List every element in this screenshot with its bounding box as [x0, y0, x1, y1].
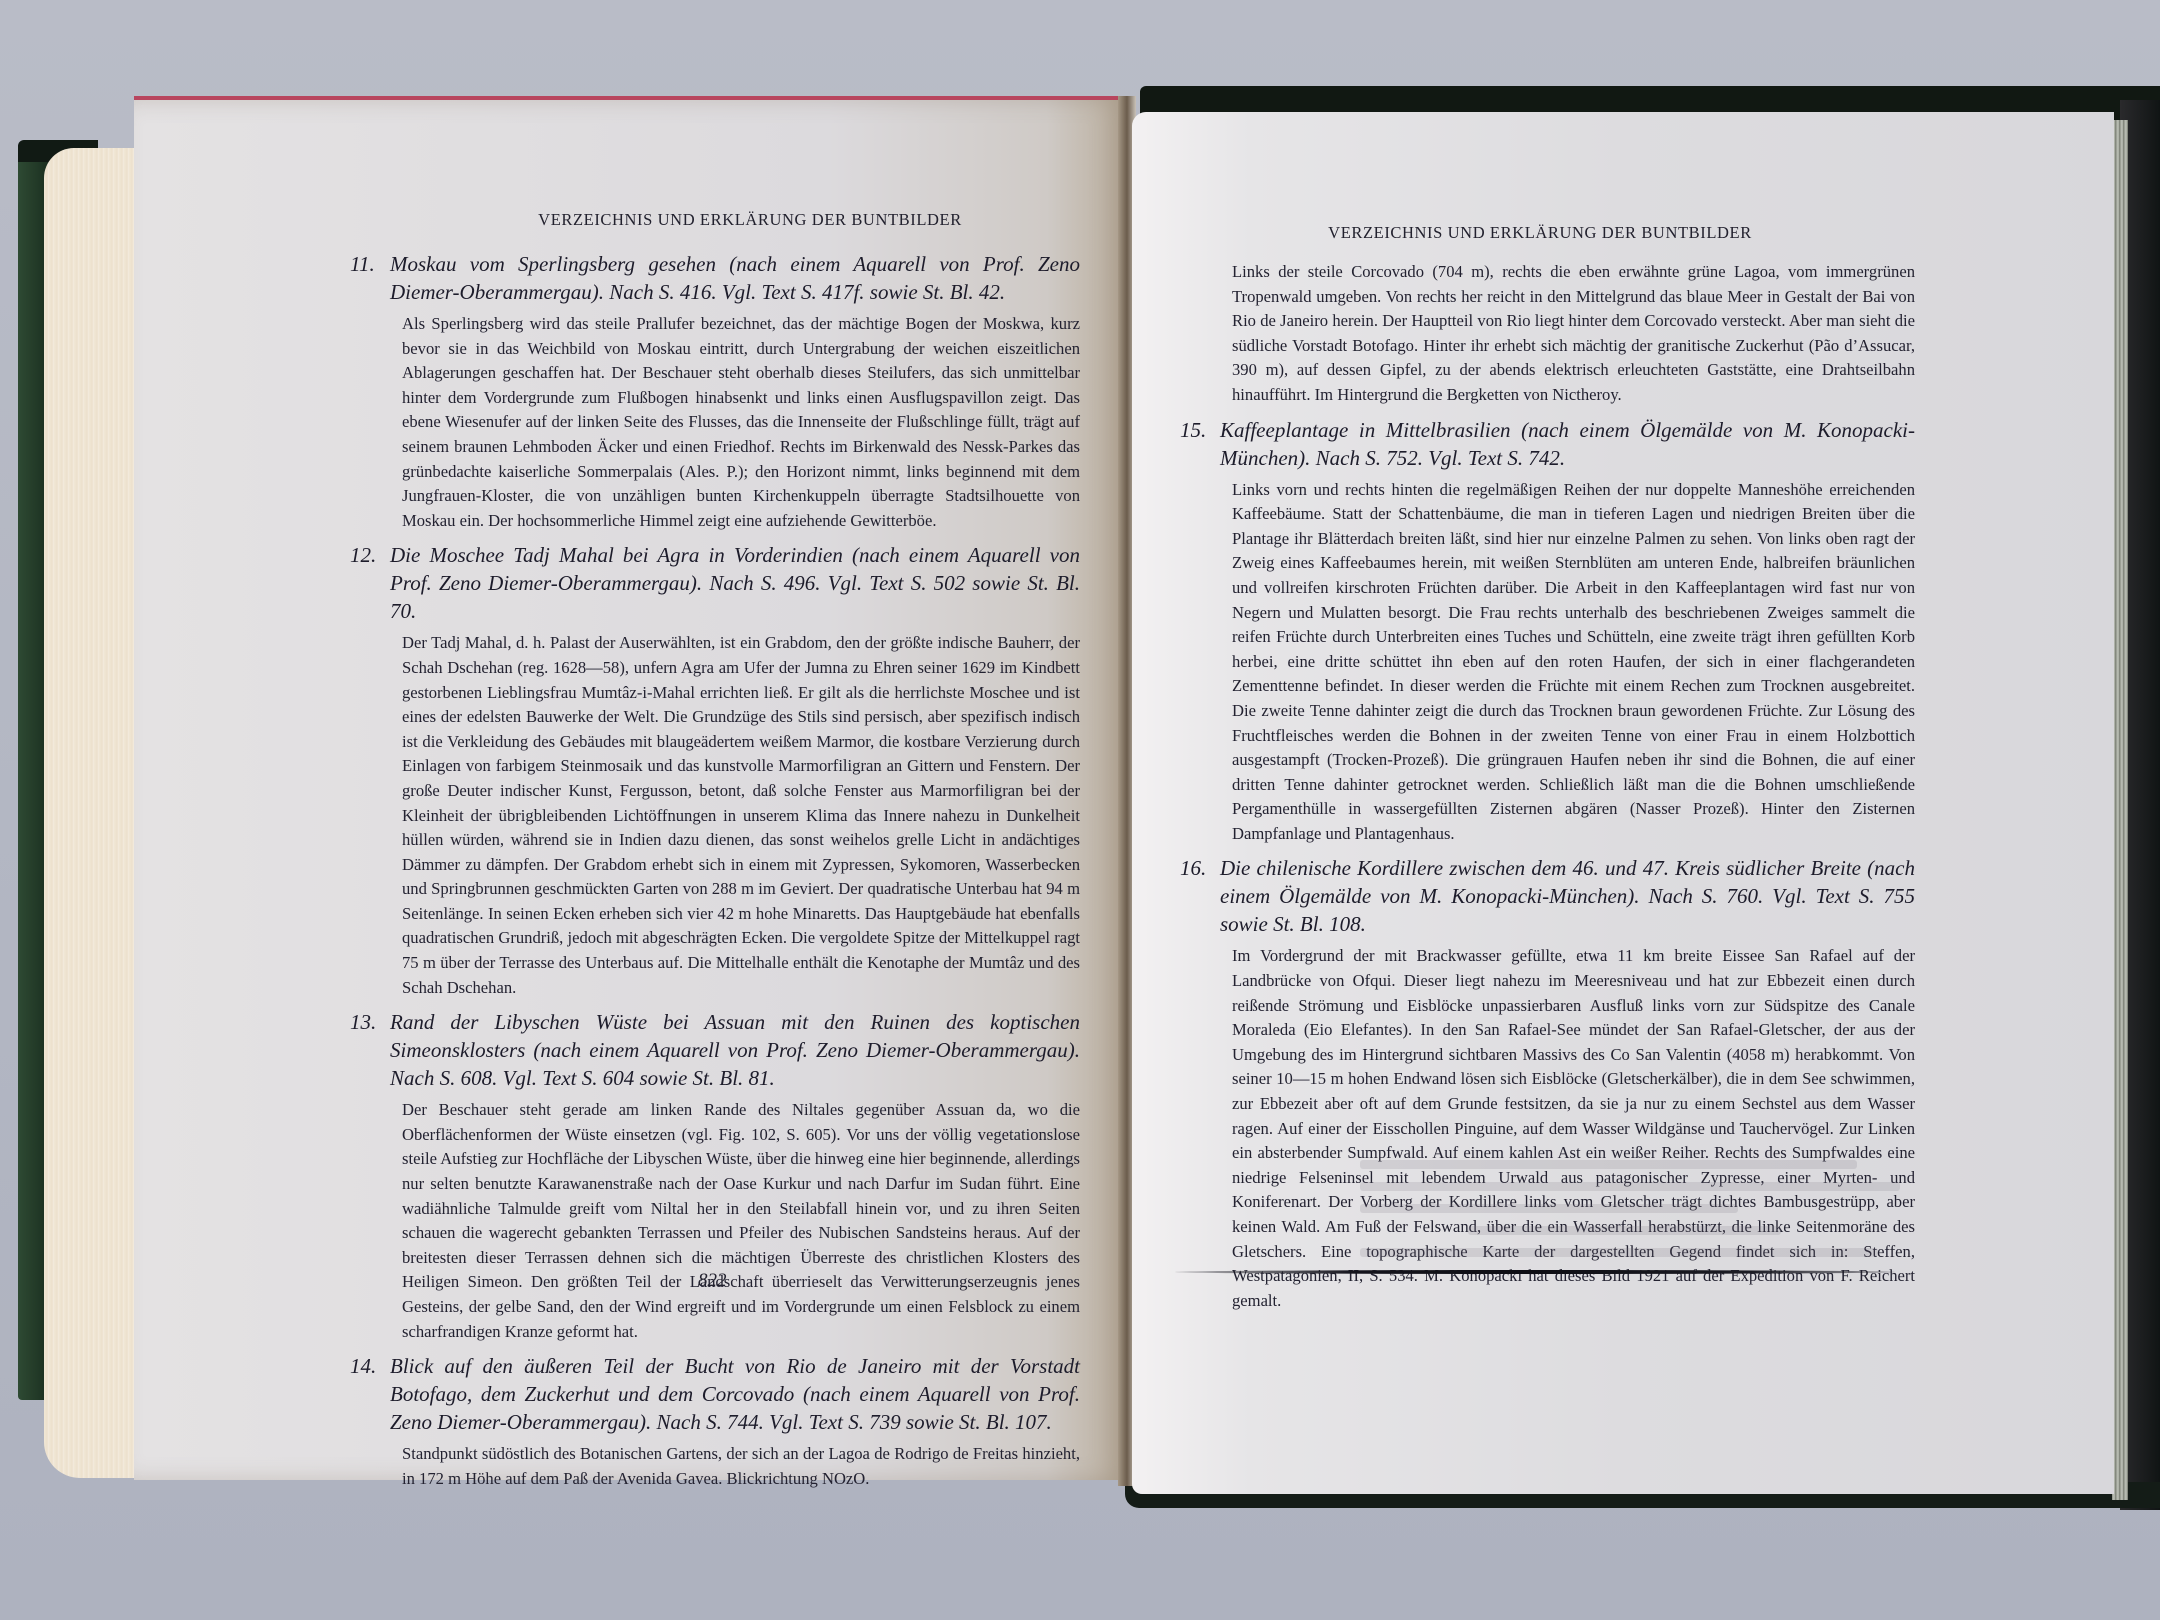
plate-title: 15.Kaffeeplantage in Mittelbrasilien (na… — [1180, 416, 1915, 472]
plate-description: Der Tadj Mahal, d. h. Palast der Auserwä… — [402, 631, 1080, 1000]
plate-number: 14. — [350, 1352, 390, 1380]
plate-title: 11.Moskau vom Sperlingsberg gesehen (nac… — [350, 250, 1080, 306]
plate-entry-14: 14.Blick auf den äußeren Teil der Bucht … — [350, 1352, 1080, 1491]
running-head-left: VERZEICHNIS UND ERKLÄRUNG DER BUNTBILDER — [470, 210, 1030, 230]
plate-number: 16. — [1180, 854, 1220, 882]
page-number: 822 — [698, 1270, 727, 1292]
left-page-column: 11.Moskau vom Sperlingsberg gesehen (nac… — [350, 250, 1080, 1499]
plate-number: 12. — [350, 541, 390, 569]
plate-description: Standpunkt südöstlich des Botanischen Ga… — [402, 1442, 1080, 1491]
page-edges-left — [44, 148, 144, 1478]
page-edges-right — [2112, 120, 2128, 1500]
plate-title: 12.Die Moschee Tadj Mahal bei Agra in Vo… — [350, 541, 1080, 625]
plate-title: 16.Die chilenische Kordillere zwischen d… — [1180, 854, 1915, 938]
plate-description: Als Sperlingsberg wird das steile Prallu… — [402, 312, 1080, 533]
plate-title: 13.Rand der Libyschen Wüste bei Assuan m… — [350, 1008, 1080, 1092]
plate-description-continued: Links der steile Corcovado (704 m), rech… — [1232, 260, 1915, 408]
plate-description: Links vorn und rechts hinten die regelmä… — [1232, 478, 1915, 847]
plate-number: 11. — [350, 250, 390, 278]
plate-entry-11: 11.Moskau vom Sperlingsberg gesehen (nac… — [350, 250, 1080, 533]
plate-number: 15. — [1180, 416, 1220, 444]
plate-entry-12: 12.Die Moschee Tadj Mahal bei Agra in Vo… — [350, 541, 1080, 1000]
plate-number: 13. — [350, 1008, 390, 1036]
end-rule — [1175, 1270, 1895, 1274]
plate-entry-15: 15.Kaffeeplantage in Mittelbrasilien (na… — [1180, 416, 1915, 847]
plate-description: Der Beschauer steht gerade am linken Ran… — [402, 1098, 1080, 1344]
plate-title: 14.Blick auf den äußeren Teil der Bucht … — [350, 1352, 1080, 1436]
plate-entry-13: 13.Rand der Libyschen Wüste bei Assuan m… — [350, 1008, 1080, 1344]
running-head-right: VERZEICHNIS UND ERKLÄRUNG DER BUNTBILDER — [1280, 223, 1800, 243]
reverse-side-show-through — [1360, 1160, 1900, 1270]
